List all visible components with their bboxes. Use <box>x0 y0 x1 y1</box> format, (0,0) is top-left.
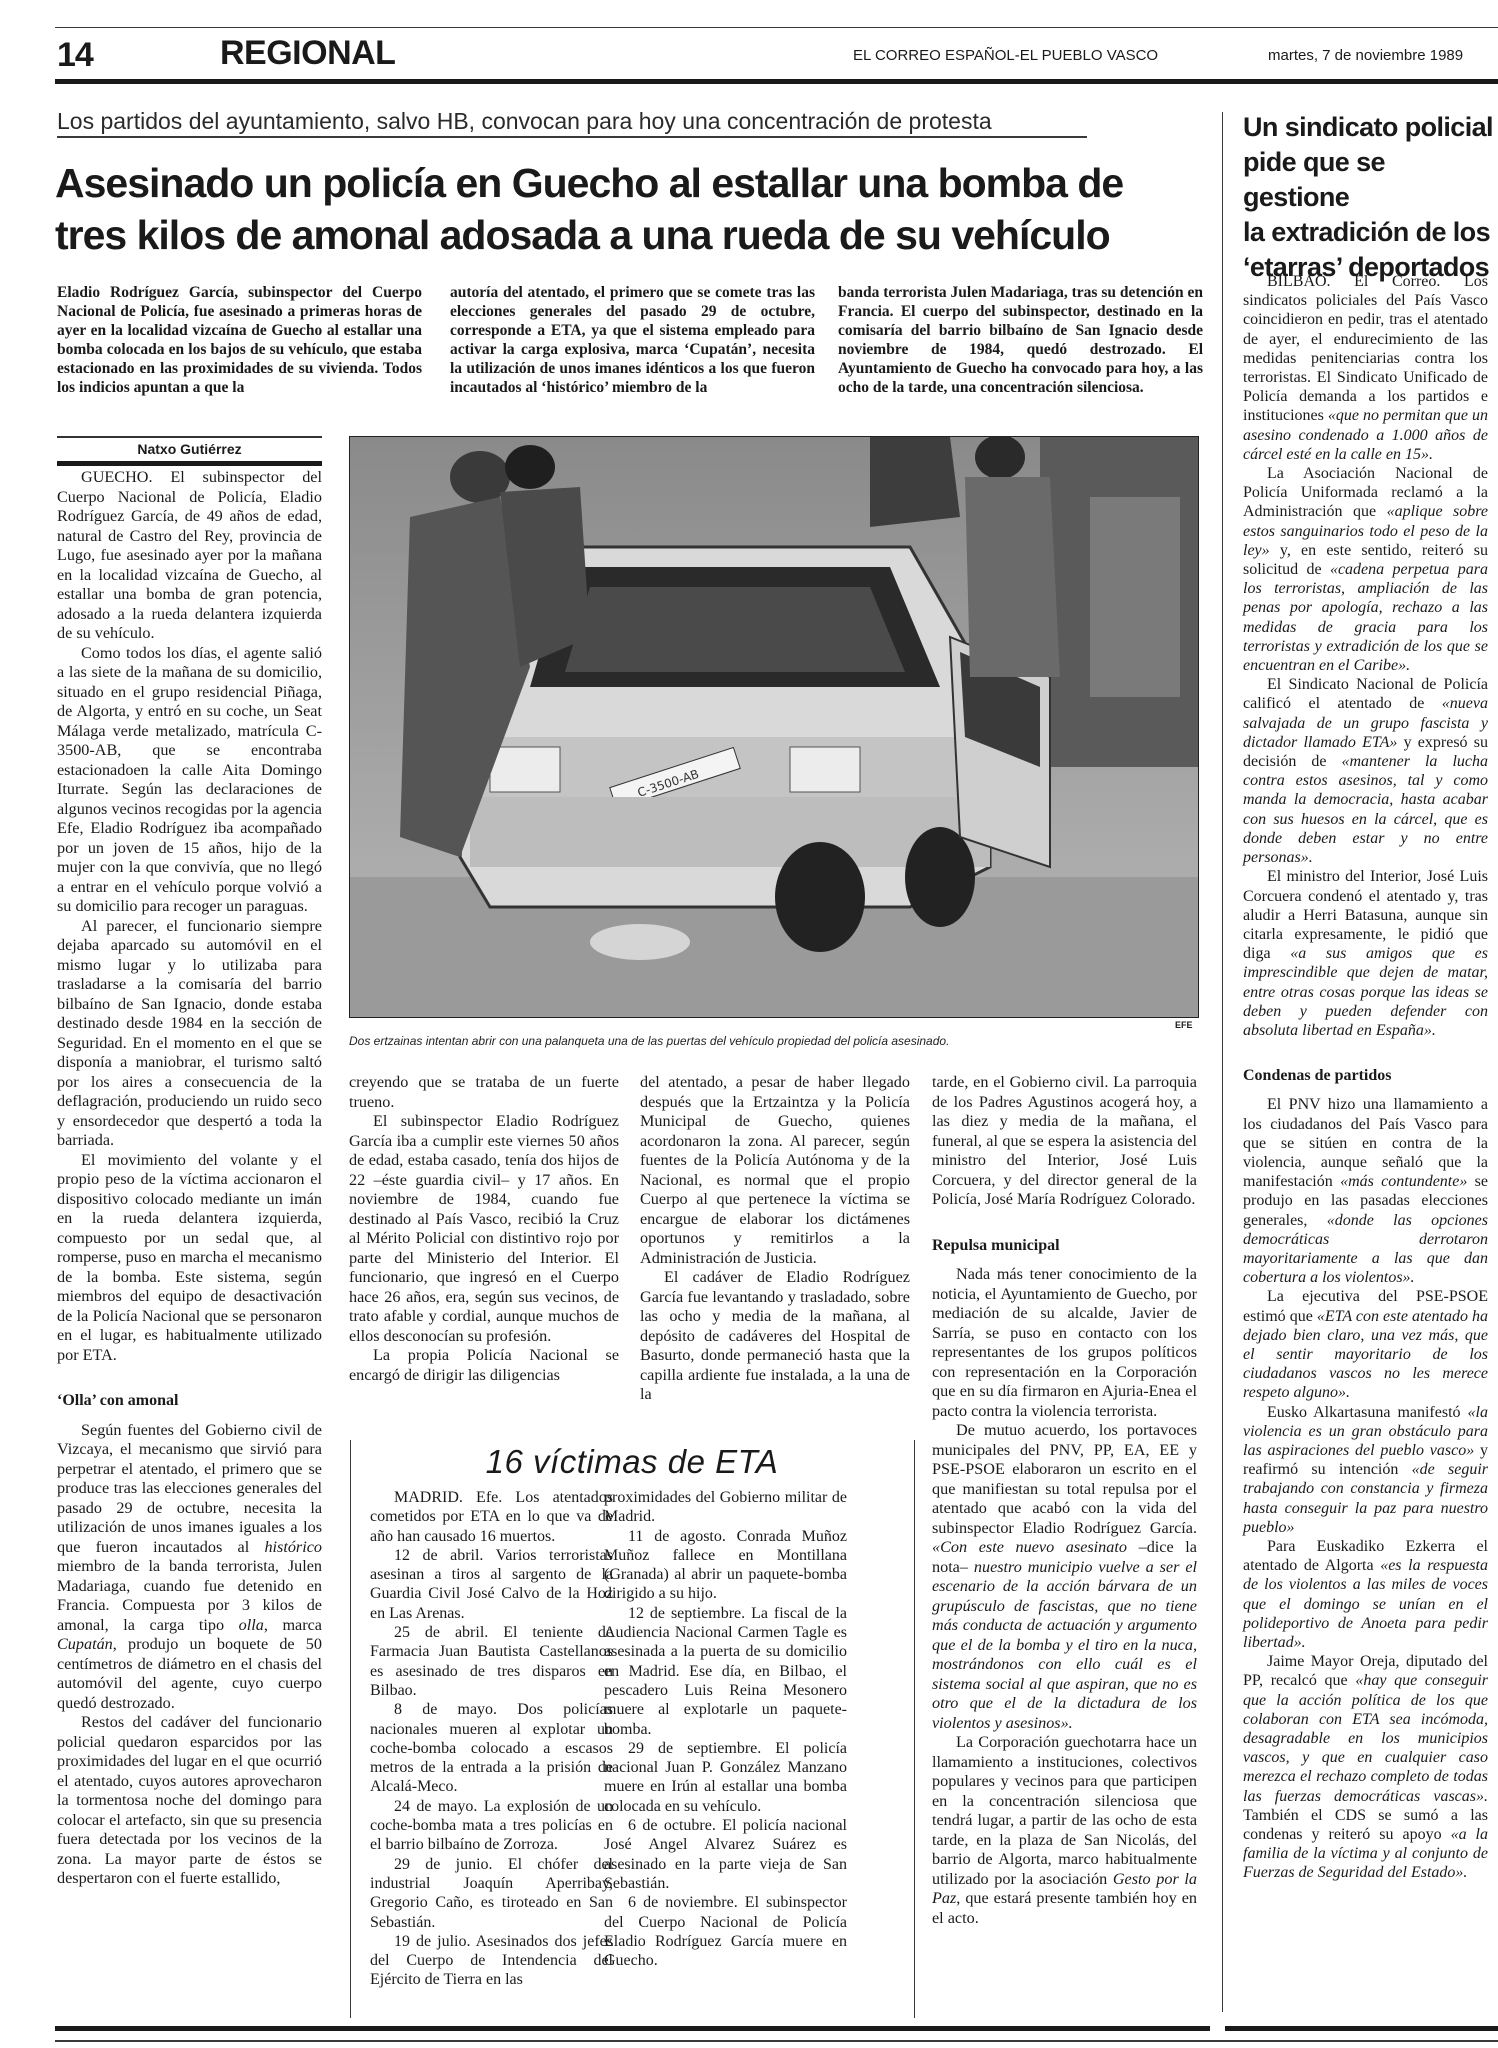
article-column-1: GUECHO. El subinspector del Cuerpo Nacio… <box>57 468 322 1889</box>
section-name: REGIONAL <box>220 34 395 73</box>
header-bottom-rule <box>55 79 1498 84</box>
side-column: BILBAO. El Correo. Los sindicatos polici… <box>1243 272 1488 1883</box>
paragraph: El PNV hizo una llamamiento a los ciudad… <box>1243 1095 1488 1287</box>
paragraph: 11 de agosto. Conrada Muñoz Muñoz fallec… <box>604 1527 847 1604</box>
paragraph: Nada más tener conocimiento de la notici… <box>932 1265 1197 1421</box>
box-column-2: proximidades del Gobierno militar de Mad… <box>604 1488 847 1970</box>
byline-box: Natxo Gutiérrez <box>57 436 322 466</box>
car-wreck-photo-illustration: C-3500-AB <box>350 437 1198 1017</box>
paragraph: Eusko Alkartasuna manifestó «la violenci… <box>1243 1403 1488 1537</box>
article-column-2: creyendo que se trataba de un fuerte tru… <box>349 1073 619 1385</box>
side-column-rule <box>1222 112 1223 2012</box>
news-photo: C-3500-AB <box>349 436 1199 1018</box>
paragraph: Según fuentes del Gobierno civil de Vizc… <box>57 1421 322 1714</box>
subheading: ‘Olla’ con amonal <box>57 1391 322 1411</box>
headline-line-2: tres kilos de amonal adosada a una rueda… <box>55 209 1205 261</box>
paragraph: El Sindicato Nacional de Policía calific… <box>1243 675 1488 867</box>
subheading: Repulsa municipal <box>932 1236 1197 1256</box>
paragraph: De mutuo acuerdo, los portavoces municip… <box>932 1421 1197 1733</box>
article-column-3: del atentado, a pesar de haber llegado d… <box>640 1073 910 1405</box>
footer-rule-side <box>1225 2026 1498 2031</box>
paragraph: 8 de mayo. Dos policías nacionales muere… <box>370 1700 613 1796</box>
paragraph: Al parecer, el funcionario siempre dejab… <box>57 917 322 1151</box>
publication-name: EL CORREO ESPAÑOL-EL PUEBLO VASCO <box>853 47 1158 64</box>
box-title: 16 víctimas de ETA <box>350 1443 914 1481</box>
main-headline: Asesinado un policía en Guecho al estall… <box>55 157 1205 261</box>
paragraph: La propia Policía Nacional se encargó de… <box>349 1346 619 1385</box>
paragraph: Como todos los días, el agente salió a l… <box>57 644 322 917</box>
header-top-rule <box>55 27 1498 28</box>
paragraph: La ejecutiva del PSE-PSOE estimó que «ET… <box>1243 1287 1488 1402</box>
paragraph: GUECHO. El subinspector del Cuerpo Nacio… <box>57 468 322 644</box>
lede-col-2: autoría del atentado, el primero que se … <box>450 283 815 397</box>
photo-caption: Dos ertzainas intentan abrir con una pal… <box>349 1034 1169 1048</box>
paragraph: 6 de octubre. El policía nacional José A… <box>604 1816 847 1893</box>
footer-rule-bottom <box>55 2040 1498 2042</box>
paragraph: Restos del cadáver del funcionario polic… <box>57 1713 322 1889</box>
footer-rule-main <box>55 2026 1210 2031</box>
publication-date: martes, 7 de noviembre 1989 <box>1268 47 1463 64</box>
subheading: Condenas de partidos <box>1243 1066 1488 1085</box>
paragraph: 6 de noviembre. El subinspector del Cuer… <box>604 1893 847 1970</box>
box-left-rule <box>350 1440 351 2018</box>
paragraph: El ministro del Interior, José Luis Corc… <box>1243 867 1488 1040</box>
paragraph: 29 de septiembre. El policía nacional Ju… <box>604 1739 847 1816</box>
paragraph: proximidades del Gobierno militar de Mad… <box>604 1488 847 1527</box>
paragraph: 29 de junio. El chófer del industrial Jo… <box>370 1855 613 1932</box>
box-right-rule <box>914 1440 915 2018</box>
paragraph: El subinspector Eladio Rodríguez García … <box>349 1112 619 1346</box>
photo-credit: EFE <box>1175 1020 1193 1030</box>
page-number: 14 <box>57 36 93 75</box>
paragraph: Para Euskadiko Ezkerra el atentado de Al… <box>1243 1537 1488 1652</box>
paragraph: 19 de julio. Asesinados dos jefes del Cu… <box>370 1932 613 1990</box>
side-headline: Un sindicato policial pide que se gestio… <box>1243 110 1498 285</box>
paragraph: del atentado, a pesar de haber llegado d… <box>640 1073 910 1268</box>
paragraph: Jaime Mayor Oreja, diputado del PP, reca… <box>1243 1652 1488 1882</box>
paragraph: La Asociación Nacional de Policía Unifor… <box>1243 464 1488 675</box>
paragraph: MADRID. Efe. Los atentados cometidos por… <box>370 1488 613 1546</box>
paragraph: tarde, en el Gobierno civil. La parroqui… <box>932 1073 1197 1210</box>
paragraph: 12 de abril. Varios terroristas asesinan… <box>370 1546 613 1623</box>
article-column-4: tarde, en el Gobierno civil. La parroqui… <box>932 1073 1197 1928</box>
paragraph: creyendo que se trataba de un fuerte tru… <box>349 1073 619 1112</box>
paragraph: 12 de septiembre. La fiscal de la Audien… <box>604 1604 847 1739</box>
headline-line-1: Asesinado un policía en Guecho al estall… <box>55 157 1205 209</box>
box-column-1: MADRID. Efe. Los atentados cometidos por… <box>370 1488 613 1990</box>
story-kicker: Los partidos del ayuntamiento, salvo HB,… <box>57 108 1087 138</box>
paragraph: 25 de abril. El teniente de Farmacia Jua… <box>370 1623 613 1700</box>
byline: Natxo Gutiérrez <box>137 441 241 457</box>
paragraph: La Corporación guechotarra hace un llama… <box>932 1733 1197 1928</box>
paragraph: El movimiento del volante y el propio pe… <box>57 1151 322 1366</box>
lede-col-1: Eladio Rodríguez García, subinspector de… <box>57 283 422 397</box>
lede-col-3: banda terrorista Julen Madariaga, tras s… <box>838 283 1203 397</box>
paragraph: 24 de mayo. La explosión de un coche-bom… <box>370 1797 613 1855</box>
paragraph: BILBAO. El Correo. Los sindicatos polici… <box>1243 272 1488 464</box>
paragraph: El cadáver de Eladio Rodríguez García fu… <box>640 1268 910 1405</box>
